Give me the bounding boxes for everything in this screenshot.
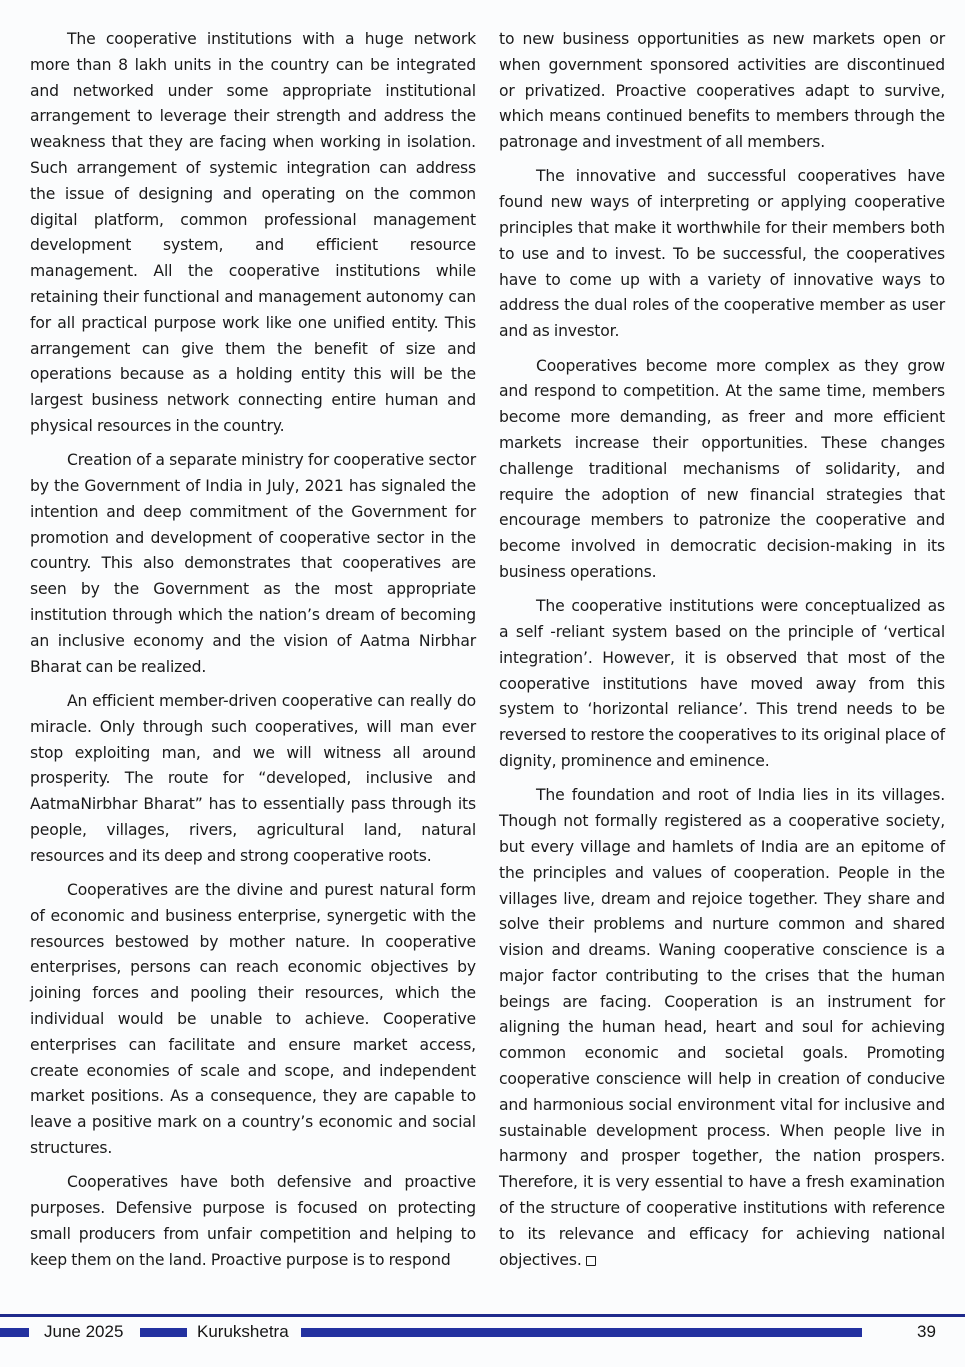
footer-date: June 2025 [44,1320,123,1344]
footer-bar-long [301,1328,862,1337]
paragraph: An efficient member-driven cooperative c… [30,689,476,870]
paragraph-continued: to new business opportunities as new mar… [499,27,945,156]
left-column: The cooperative institutions with a huge… [30,27,476,1282]
footer-bar-left [0,1328,29,1337]
paragraph-final: The foundation and root of India lies in… [499,783,945,1273]
footer-bar-mid [140,1328,187,1337]
paragraph: The cooperative institutions with a huge… [30,27,476,440]
paragraph: The cooperative institutions were concep… [499,594,945,775]
footer-rule [0,1314,965,1317]
right-column: to new business opportunities as new mar… [499,27,945,1282]
magazine-page: The cooperative institutions with a huge… [0,0,965,1367]
page-number: 39 [917,1320,936,1344]
paragraph-final-text: The foundation and root of India lies in… [499,786,945,1268]
paragraph: The innovative and successful cooperativ… [499,164,945,345]
paragraph: Cooperatives become more complex as they… [499,354,945,586]
paragraph: Creation of a separate ministry for coop… [30,448,476,680]
paragraph: Cooperatives are the divine and purest n… [30,878,476,1162]
page-footer: June 2025 Kurukshetra 39 [0,1318,965,1346]
paragraph: Cooperatives have both defensive and pro… [30,1170,476,1273]
end-of-article-square-icon [586,1256,596,1266]
footer-magazine-name: Kurukshetra [197,1320,289,1344]
